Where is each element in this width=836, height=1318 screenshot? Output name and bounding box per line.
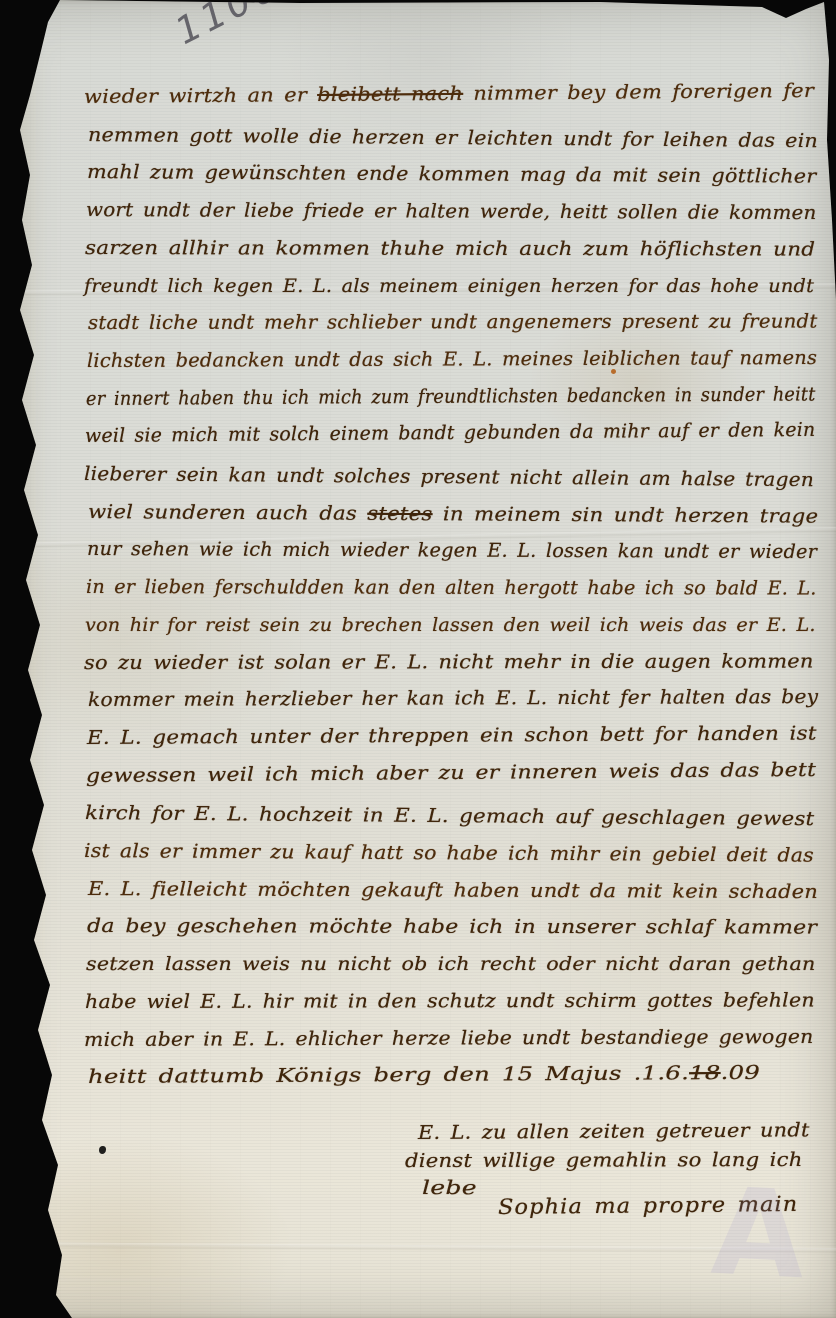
manuscript-line: kirch for E. L. hochzeit in E. L. gemach… xyxy=(85,802,815,830)
paper-hole xyxy=(99,1146,106,1154)
paper-sheet: 1106 wieder wirtzh an er bleibett nach n… xyxy=(0,0,836,1318)
folio-number-pencil: 1106 xyxy=(168,0,286,53)
closing-line: dienst willige gemahlin so lang ich xyxy=(405,1149,803,1172)
manuscript-line: gewessen weil ich mich aber zu er innere… xyxy=(86,758,816,786)
manuscript-line: ist als er immer zu kauf hatt so habe ic… xyxy=(84,840,814,867)
manuscript-line: von hir for reist sein zu brechen lassen… xyxy=(85,614,816,636)
closing-line: lebe xyxy=(422,1177,477,1199)
manuscript-line: so zu wieder ist solan er E. L. nicht me… xyxy=(84,650,814,674)
manuscript-line: freundt lich kegen E. L. als meinem eini… xyxy=(84,275,814,297)
dateline: heitt dattumb Königs berg den 15 Majus .… xyxy=(88,1062,760,1088)
manuscript-line: in er lieben ferschuldden kan den alten … xyxy=(86,576,817,600)
watermark-letter: A xyxy=(708,1163,808,1307)
manuscript-line: E. L. fielleicht möchten gekauft haben u… xyxy=(88,878,818,903)
ink-spot xyxy=(611,369,616,374)
manuscript-line: wieder wirtzh an er bleibett nach nimmer… xyxy=(84,80,814,108)
manuscript-line: habe wiel E. L. hir mit in den schutz un… xyxy=(85,989,815,1013)
manuscript-line: da bey geschehen möchte habe ich in unse… xyxy=(87,915,817,939)
manuscript-line: sarzen allhir an kommen thuhe mich auch … xyxy=(85,237,815,261)
manuscript-line: weil sie mich mit solch einem bandt gebu… xyxy=(85,419,815,447)
manuscript-line: E. L. gemach unter der threppen ein scho… xyxy=(87,722,817,749)
signature-line: Sophia ma propre main xyxy=(498,1192,799,1219)
manuscript-line: mahl zum gewünschten ende kommen mag da … xyxy=(87,161,817,188)
manuscript-line: nur sehen wie ich mich wieder kegen E. L… xyxy=(87,538,817,563)
scan-background: 1106 wieder wirtzh an er bleibett nach n… xyxy=(0,0,836,1318)
manuscript-line: stadt liche undt mehr schlieber undt ang… xyxy=(88,311,818,335)
manuscript-line: setzen lassen weis nu nicht ob ich recht… xyxy=(86,953,816,975)
manuscript-line: kommer mein herzlieber her kan ich E. L.… xyxy=(88,686,818,711)
closing-line: E. L. zu allen zeiten getreuer undt xyxy=(418,1119,810,1144)
manuscript-line: wiel sunderen auch das stetes in meinem … xyxy=(88,501,818,528)
manuscript-line: lieberer sein kan undt solches present n… xyxy=(84,463,814,491)
manuscript-line: nemmen gott wolle die herzen er leichten… xyxy=(88,124,818,152)
manuscript-line: wort undt der liebe friede er halten wer… xyxy=(86,199,817,224)
manuscript-line: mich aber in E. L. ehlicher herze liebe … xyxy=(84,1025,814,1050)
manuscript-line: er innert haben thu ich mich zum freundt… xyxy=(86,383,816,410)
manuscript-line: lichsten bedancken undt das sich E. L. m… xyxy=(87,347,817,372)
fold-crease xyxy=(0,1242,836,1254)
